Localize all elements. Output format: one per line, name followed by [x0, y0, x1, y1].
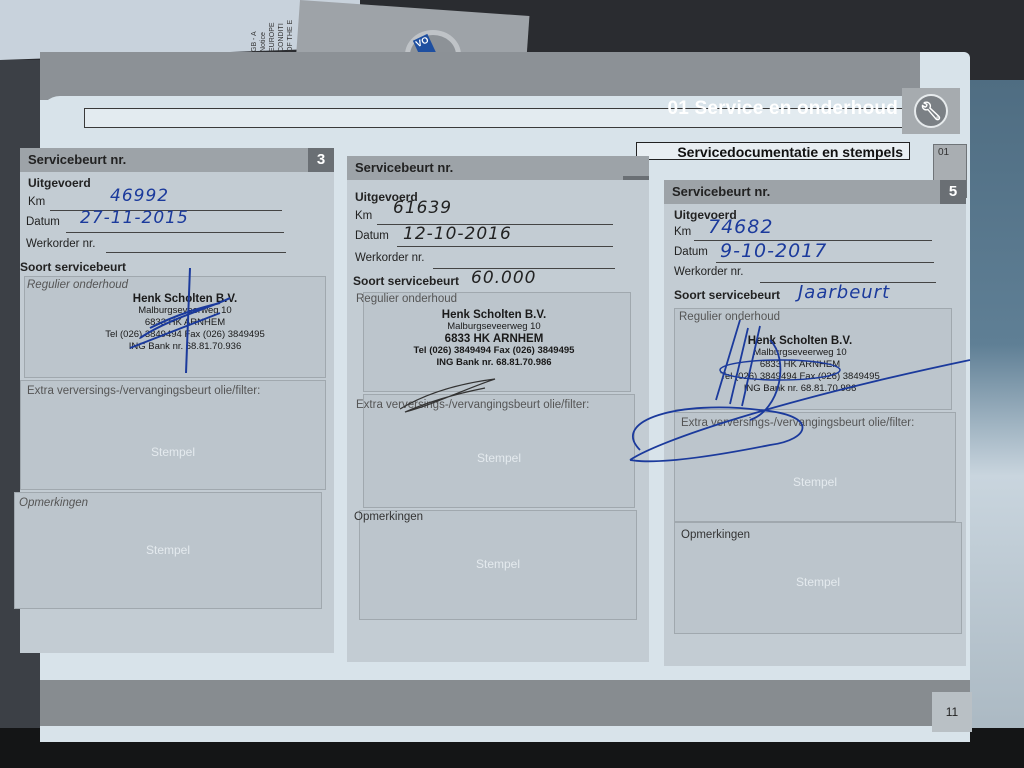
soort-label: Soort servicebeurt	[353, 274, 459, 288]
regulier-box: Regulier onderhoud Henk Scholten B.V. Ma…	[363, 292, 631, 392]
header-band	[40, 52, 920, 100]
card-header-label: Servicebeurt nr.	[355, 160, 453, 175]
page-subtitle: Servicedocumentatie en stempels	[636, 142, 910, 160]
card-header: Servicebeurt nr. 5	[664, 180, 966, 204]
opmerkingen-box: Opmerkingen Stempel	[359, 510, 637, 620]
soort-label: Soort servicebeurt	[20, 260, 126, 274]
soort-value[interactable]: 60.000	[471, 268, 536, 288]
opmerkingen-box: Opmerkingen Stempel	[14, 492, 322, 609]
service-number: 3	[308, 148, 334, 172]
datum-value[interactable]: 9-10-2017	[720, 240, 827, 262]
km-label: Km	[355, 210, 372, 222]
service-page: 01 Service en onderhoud 🔧︎ Servicedocume…	[40, 52, 970, 742]
werkorder-label: Werkorder nr.	[26, 238, 95, 250]
wrench-icon: 🔧︎	[914, 94, 948, 128]
dealer-stamp: Henk Scholten B.V. Malburgseveerweg 10 6…	[384, 309, 604, 369]
uitgevoerd-label: Uitgevoerd	[28, 176, 91, 190]
regulier-label: Regulier onderhoud	[27, 279, 128, 291]
card-header: Servicebeurt nr. 3	[20, 148, 334, 172]
service-number: 5	[940, 180, 966, 204]
km-label: Km	[674, 226, 691, 238]
card-header-label: Servicebeurt nr.	[672, 184, 770, 199]
werkorder-label: Werkorder nr.	[355, 252, 424, 264]
stempel-placeholder: Stempel	[360, 557, 636, 571]
service-card-5: Servicebeurt nr. 5 Uitgevoerd Km 74682 D…	[664, 180, 966, 666]
werkorder-label: Werkorder nr.	[674, 266, 743, 278]
card-header: Servicebeurt nr. 4	[347, 156, 649, 180]
soort-label: Soort servicebeurt	[674, 288, 780, 302]
datum-label: Datum	[355, 230, 389, 242]
km-value[interactable]: 74682	[708, 216, 773, 238]
datum-value[interactable]: 27-11-2015	[80, 208, 189, 228]
footer-band	[40, 680, 970, 726]
service-card-3: Servicebeurt nr. 3 Uitgevoerd Km 46992 D…	[20, 148, 334, 653]
datum-value[interactable]: 12-10-2016	[403, 224, 512, 244]
section-title: 01 Service en onderhoud	[667, 98, 898, 120]
datum-label: Datum	[26, 216, 60, 228]
regulier-box: Regulier onderhoud Henk Scholten B.V. Ma…	[24, 276, 326, 378]
background-right	[968, 80, 1024, 740]
km-value[interactable]: 61639	[393, 198, 452, 218]
opmerkingen-box: Opmerkingen Stempel	[674, 522, 962, 634]
datum-label: Datum	[674, 246, 708, 258]
stempel-placeholder: Stempel	[675, 575, 961, 589]
extra-label: Extra verversings-/vervangingsbeurt olie…	[681, 417, 931, 429]
service-card-4: Servicebeurt nr. 4 Uitgevoerd Km 61639 D…	[347, 156, 649, 662]
opmerkingen-label: Opmerkingen	[354, 511, 423, 523]
extra-label: Extra verversings-/vervangingsbeurt olie…	[27, 385, 277, 397]
stempel-placeholder: Stempel	[15, 543, 321, 557]
extra-label: Extra verversings-/vervangingsbeurt olie…	[356, 399, 606, 411]
page-number: 11	[932, 692, 972, 732]
regulier-label: Regulier onderhoud	[679, 311, 780, 323]
dealer-stamp: Henk Scholten B.V. Malburgseveerweg 10 6…	[85, 293, 285, 353]
soort-value[interactable]: Jaarbeurt	[798, 282, 890, 303]
dealer-stamp: Henk Scholten B.V. Malburgseveerweg 10 6…	[695, 335, 905, 395]
km-label: Km	[28, 196, 45, 208]
regulier-box: Regulier onderhoud Henk Scholten B.V. Ma…	[674, 308, 952, 410]
stempel-placeholder: Stempel	[21, 445, 325, 459]
section-icon-box: 🔧︎	[902, 88, 960, 134]
opmerkingen-label: Opmerkingen	[681, 529, 750, 541]
stempel-placeholder: Stempel	[675, 475, 955, 489]
km-value[interactable]: 46992	[110, 186, 169, 206]
stempel-placeholder: Stempel	[364, 451, 634, 465]
extra-box: Extra verversings-/vervangingsbeurt olie…	[20, 380, 326, 490]
card-header-label: Servicebeurt nr.	[28, 152, 126, 167]
regulier-label: Regulier onderhoud	[356, 293, 457, 305]
extra-box: Extra verversings-/vervangingsbeurt olie…	[674, 412, 956, 522]
opmerkingen-label: Opmerkingen	[19, 497, 88, 509]
extra-box: Extra verversings-/vervangingsbeurt olie…	[363, 394, 635, 508]
